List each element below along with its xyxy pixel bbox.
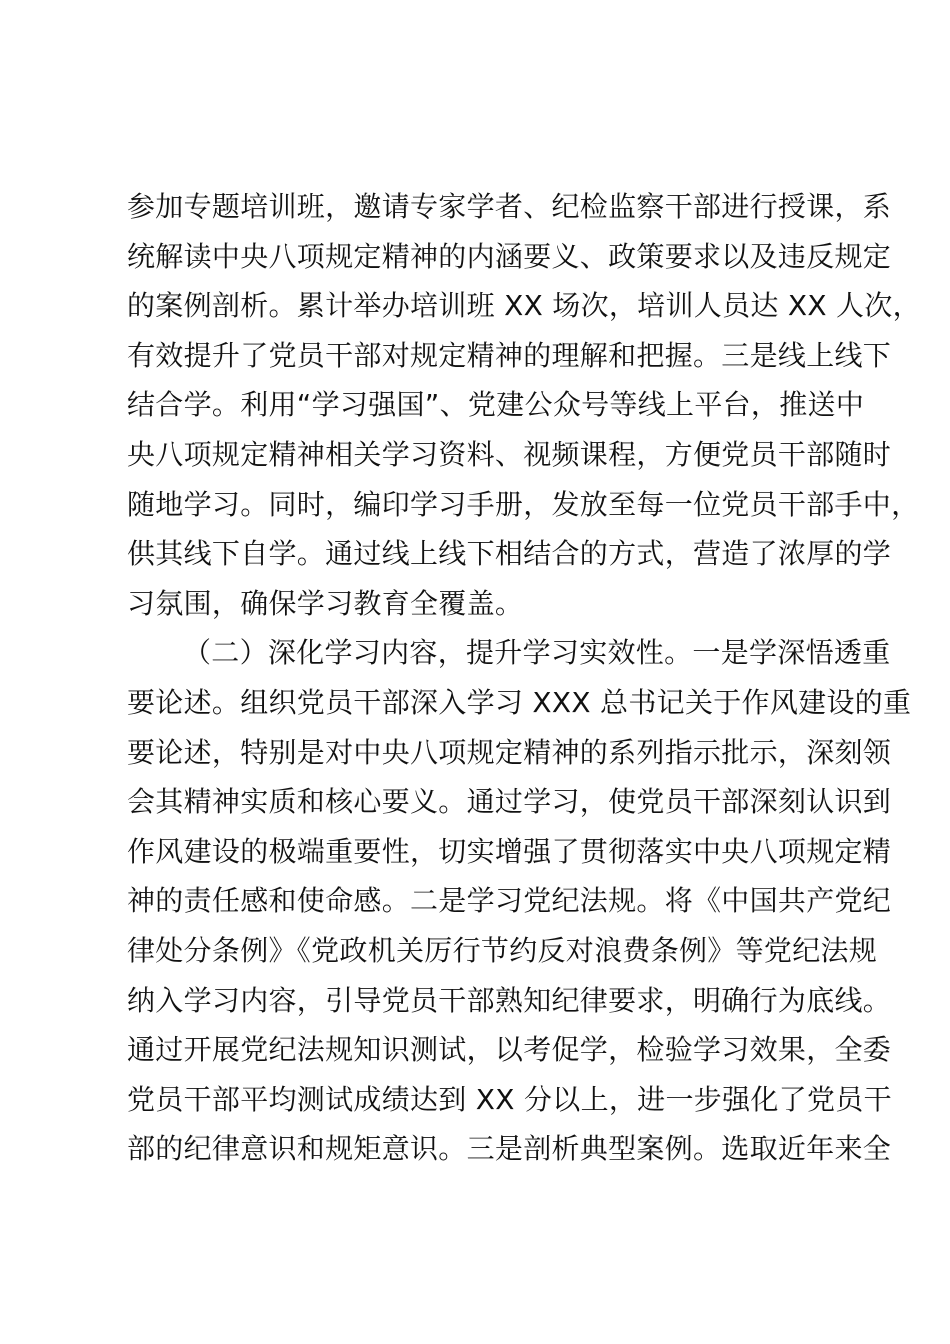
text-line: 神的责任感和使命感。二是学习党纪法规。将《中国共产党纪	[127, 876, 827, 926]
text-line: 随地学习。同时，编印学习手册，发放至每一位党员干部手中，	[127, 480, 827, 530]
text-line: 通过开展党纪法规知识测试，以考促学，检验学习效果，全委	[127, 1025, 827, 1075]
document-page: 参加专题培训班，邀请专家学者、纪检监察干部进行授课，系 统解读中央八项规定精神的…	[0, 0, 950, 1344]
text-line: 央八项规定精神相关学习资料、视频课程，方便党员干部随时	[127, 430, 827, 480]
text-line: 党员干部平均测试成绩达到 XX 分以上，进一步强化了党员干	[127, 1075, 827, 1125]
text-line: 要论述。组织党员干部深入学习 XXX 总书记关于作风建设的重	[127, 678, 827, 728]
text-line: 习氛围，确保学习教育全覆盖。	[127, 579, 827, 629]
paragraph-deepen-content: （二）深化学习内容，提升学习实效性。一是学深悟透重 要论述。组织党员干部深入学习…	[127, 628, 827, 1174]
text-line: 统解读中央八项规定精神的内涵要义、政策要求以及违反规定	[127, 232, 827, 282]
text-line: 要论述，特别是对中央八项规定精神的系列指示批示，深刻领	[127, 728, 827, 778]
document-body: 参加专题培训班，邀请专家学者、纪检监察干部进行授课，系 统解读中央八项规定精神的…	[127, 182, 827, 1174]
text-line: 部的纪律意识和规矩意识。三是剖析典型案例。选取近年来全	[127, 1124, 827, 1174]
section-heading-line: （二）深化学习内容，提升学习实效性。一是学深悟透重	[127, 628, 827, 678]
text-line: 结合学。利用“学习强国”、党建公众号等线上平台，推送中	[127, 380, 827, 430]
text-line: 供其线下自学。通过线上线下相结合的方式，营造了浓厚的学	[127, 529, 827, 579]
text-line: 会其精神实质和核心要义。通过学习，使党员干部深刻认识到	[127, 777, 827, 827]
text-line: 作风建设的极端重要性，切实增强了贯彻落实中央八项规定精	[127, 827, 827, 877]
text-line: 纳入学习内容，引导党员干部熟知纪律要求，明确行为底线。	[127, 976, 827, 1026]
text-line: 的案例剖析。累计举办培训班 XX 场次，培训人员达 XX 人次，	[127, 281, 827, 331]
paragraph-study-methods-continued: 参加专题培训班，邀请专家学者、纪检监察干部进行授课，系 统解读中央八项规定精神的…	[127, 182, 827, 628]
text-line: 律处分条例》《党政机关厉行节约反对浪费条例》等党纪法规	[127, 926, 827, 976]
text-line: 有效提升了党员干部对规定精神的理解和把握。三是线上线下	[127, 331, 827, 381]
text-line: 参加专题培训班，邀请专家学者、纪检监察干部进行授课，系	[127, 182, 827, 232]
